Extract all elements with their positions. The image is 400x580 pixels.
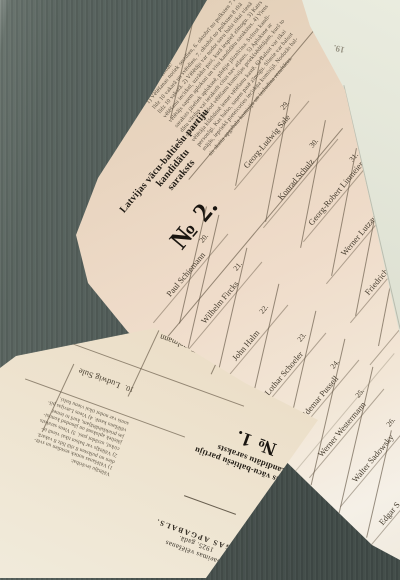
header-rule [184, 495, 236, 515]
candidate-name: Ludwig Sule [77, 366, 121, 390]
candidate-cell: 10.Ludwig Sule [77, 366, 135, 395]
fine-print-instructions: Vēlētāju ievērībai: 1) Vēlēšanas notiek … [18, 387, 130, 477]
faint-page-number: 19. [332, 43, 345, 55]
photo-of-ballot-papers: Vēlētāju ievērībai: 1) Vēlēšanas notiek … [0, 0, 400, 580]
